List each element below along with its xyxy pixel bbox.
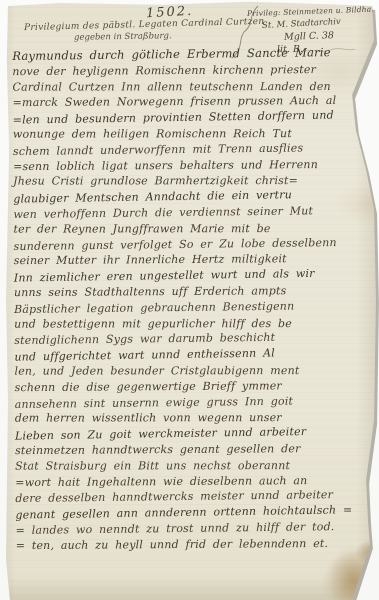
archival-note-2: St. M. Stadtarchiv <box>262 17 341 31</box>
header-subtitle: gegeben in Straßburg. <box>74 31 172 43</box>
manuscript-line: = ten, auch zu heyll unnd frid der leben… <box>16 536 346 554</box>
archival-note-3: Mgll C. 38 <box>284 30 334 43</box>
manuscript-page: 1502. Privilegium des päbstl. Legaten Ca… <box>0 0 379 600</box>
manuscript-line: len, und Jeden besunder Cristglaubigenn … <box>14 363 344 379</box>
manuscript-line: Stat Straisburg ein Bitt uns nechst ober… <box>15 458 345 474</box>
manuscript-body: Raymundus durch götliche Erbermd Sancte … <box>12 46 346 554</box>
manuscript-photo: 1502. Privilegium des päbstl. Legaten Ca… <box>0 0 379 600</box>
archival-note-1: Privileg: Steinmetzen u. Bildhauer ( No.… <box>247 3 379 18</box>
manuscript-line: wen verhoffenn Durch die verdiennst sein… <box>13 203 343 223</box>
manuscript-line: Bäpstlicher legation gebrauchenn Benesti… <box>14 298 344 318</box>
manuscript-line: Cardinal Curtzen Inn allenn teutschenn L… <box>12 79 342 95</box>
manuscript-line: nove der heyligenn Romischenn kirchenn p… <box>12 62 342 80</box>
